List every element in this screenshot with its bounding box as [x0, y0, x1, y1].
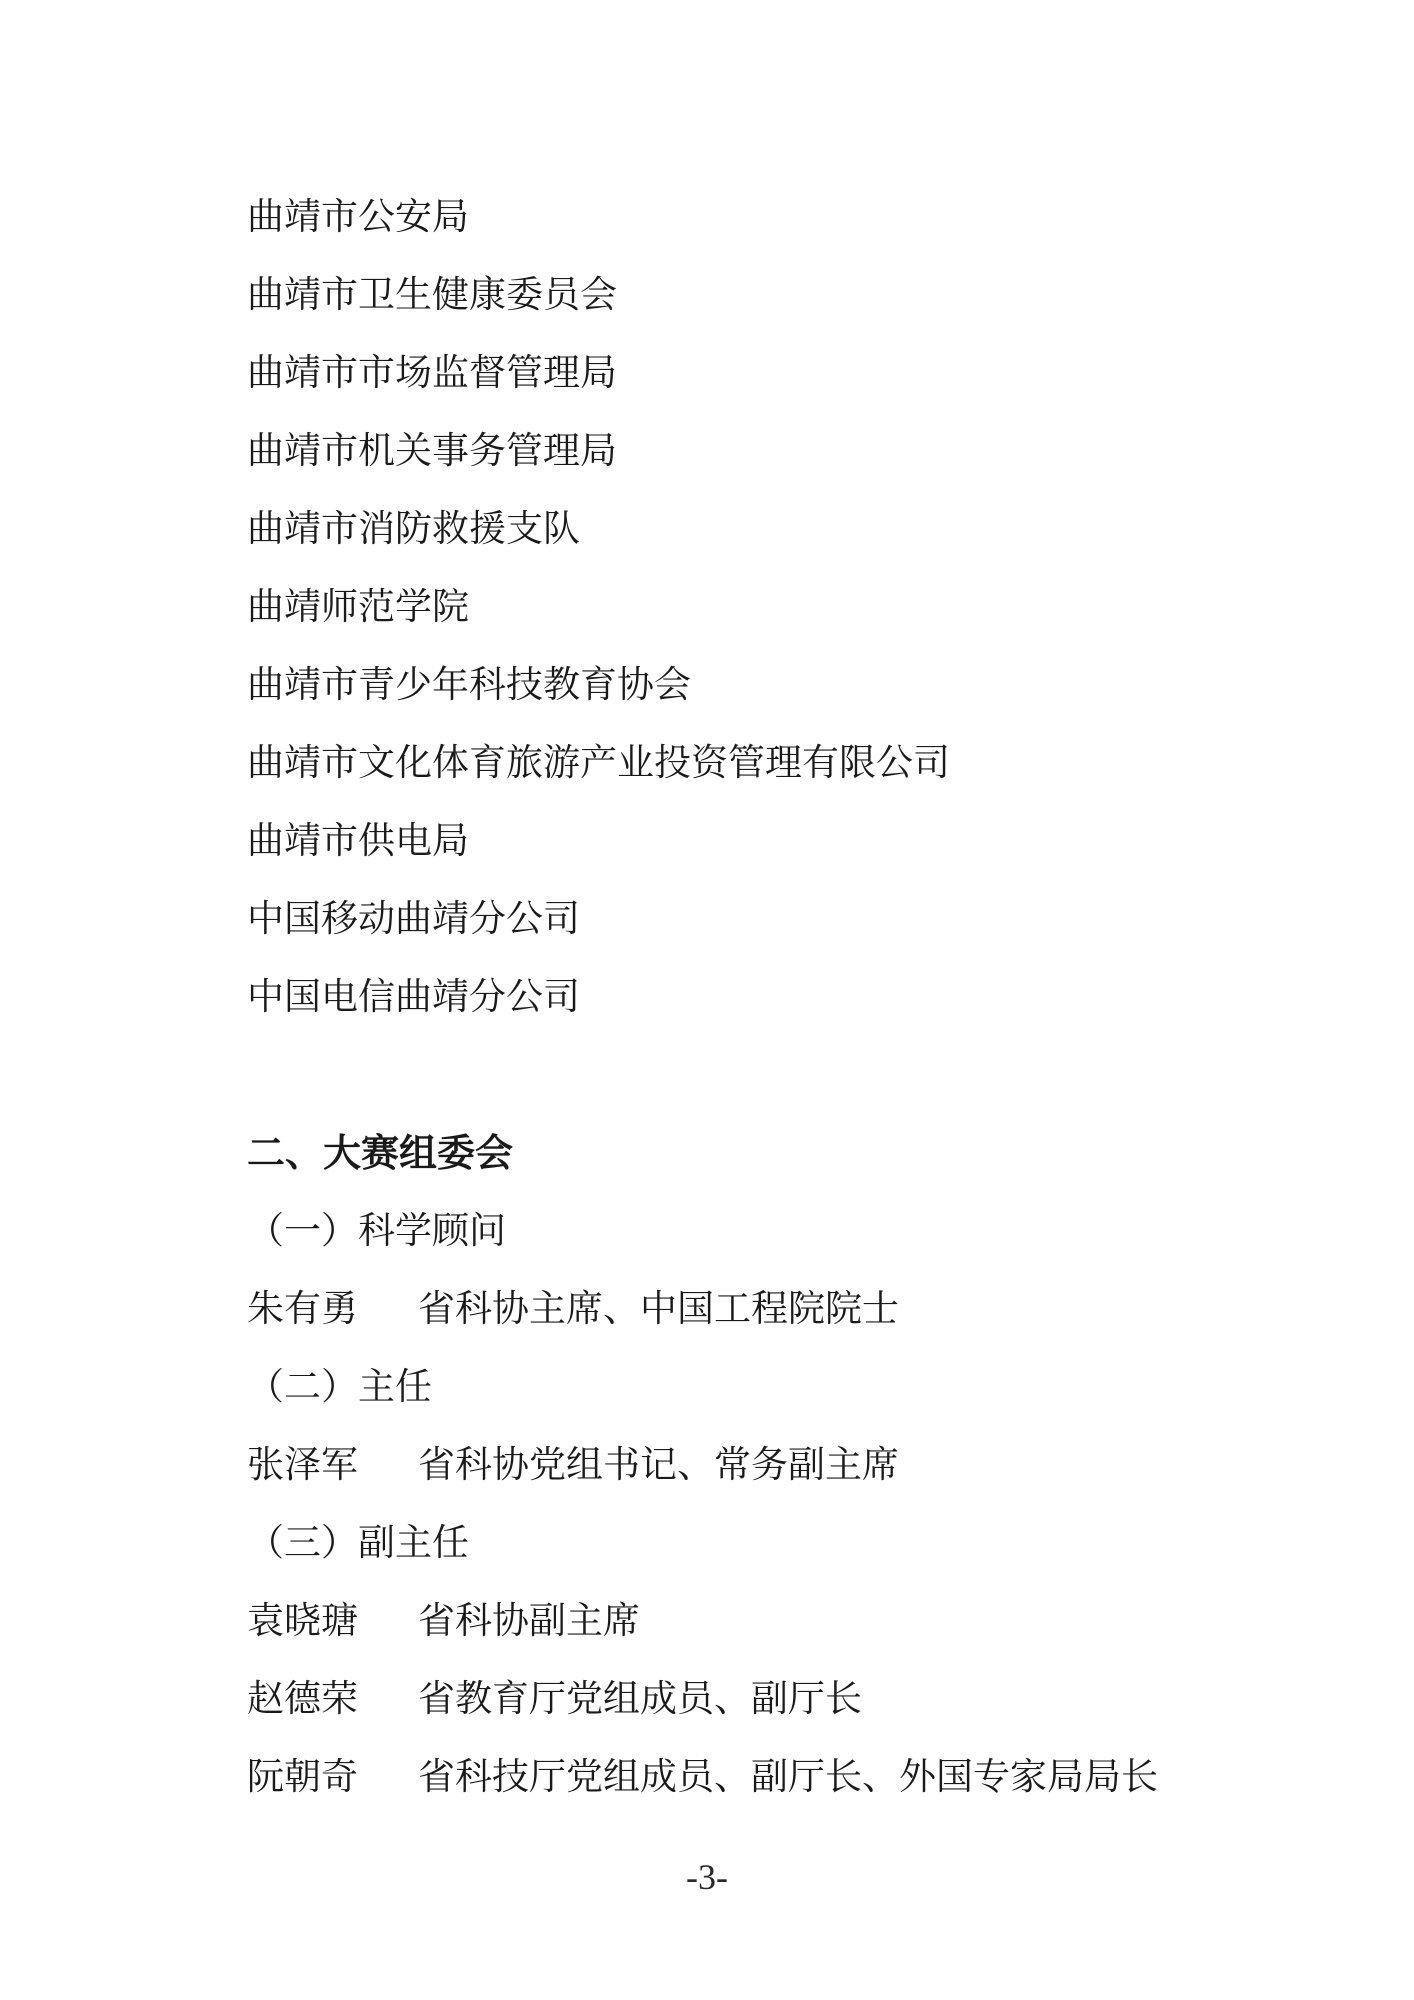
subsection-heading: （二）主任 — [247, 1349, 1354, 1427]
member-row: 朱有勇省科协主席、中国工程院院士 — [247, 1271, 1354, 1349]
subsection-heading: （三）副主任 — [247, 1505, 1354, 1583]
section-heading: 二、大赛组委会 — [247, 1115, 1354, 1193]
org-list-item: 曲靖市供电局 — [247, 803, 1354, 881]
member-title: 省教育厅党组成员、副厅长 — [418, 1679, 862, 1720]
org-list-item: 曲靖市机关事务管理局 — [247, 413, 1354, 491]
org-list-item: 曲靖市青少年科技教育协会 — [247, 647, 1354, 725]
member-row: 阮朝奇省科技厅党组成员、副厅长、外国专家局局长 — [247, 1739, 1354, 1817]
org-list-item: 中国电信曲靖分公司 — [247, 959, 1354, 1037]
member-name: 阮朝奇 — [247, 1739, 418, 1817]
org-list-item: 曲靖市消防救援支队 — [247, 491, 1354, 569]
member-row: 袁晓瑭省科协副主席 — [247, 1583, 1354, 1661]
member-name: 赵德荣 — [247, 1661, 418, 1739]
document-content: 曲靖市公安局 曲靖市卫生健康委员会 曲靖市市场监督管理局 曲靖市机关事务管理局 … — [247, 179, 1354, 1817]
page-number: -3- — [0, 1841, 1414, 1913]
member-row: 张泽军省科协党组书记、常务副主席 — [247, 1427, 1354, 1505]
org-list-item: 曲靖市市场监督管理局 — [247, 335, 1354, 413]
org-list-item: 曲靖市卫生健康委员会 — [247, 257, 1354, 335]
subsection-heading: （一）科学顾问 — [247, 1193, 1354, 1271]
member-row: 赵德荣省教育厅党组成员、副厅长 — [247, 1661, 1354, 1739]
member-title: 省科技厅党组成员、副厅长、外国专家局局长 — [418, 1757, 1158, 1798]
member-name: 袁晓瑭 — [247, 1583, 418, 1661]
member-title: 省科协副主席 — [418, 1601, 640, 1642]
org-list-item: 曲靖市文化体育旅游产业投资管理有限公司 — [247, 725, 1354, 803]
org-list-item: 曲靖市公安局 — [247, 179, 1354, 257]
member-name: 朱有勇 — [247, 1271, 418, 1349]
member-name: 张泽军 — [247, 1427, 418, 1505]
member-title: 省科协党组书记、常务副主席 — [418, 1445, 899, 1486]
org-list-item: 中国移动曲靖分公司 — [247, 881, 1354, 959]
org-list-item: 曲靖师范学院 — [247, 569, 1354, 647]
member-title: 省科协主席、中国工程院院士 — [418, 1289, 899, 1330]
document-page: 曲靖市公安局 曲靖市卫生健康委员会 曲靖市市场监督管理局 曲靖市机关事务管理局 … — [0, 0, 1414, 2000]
